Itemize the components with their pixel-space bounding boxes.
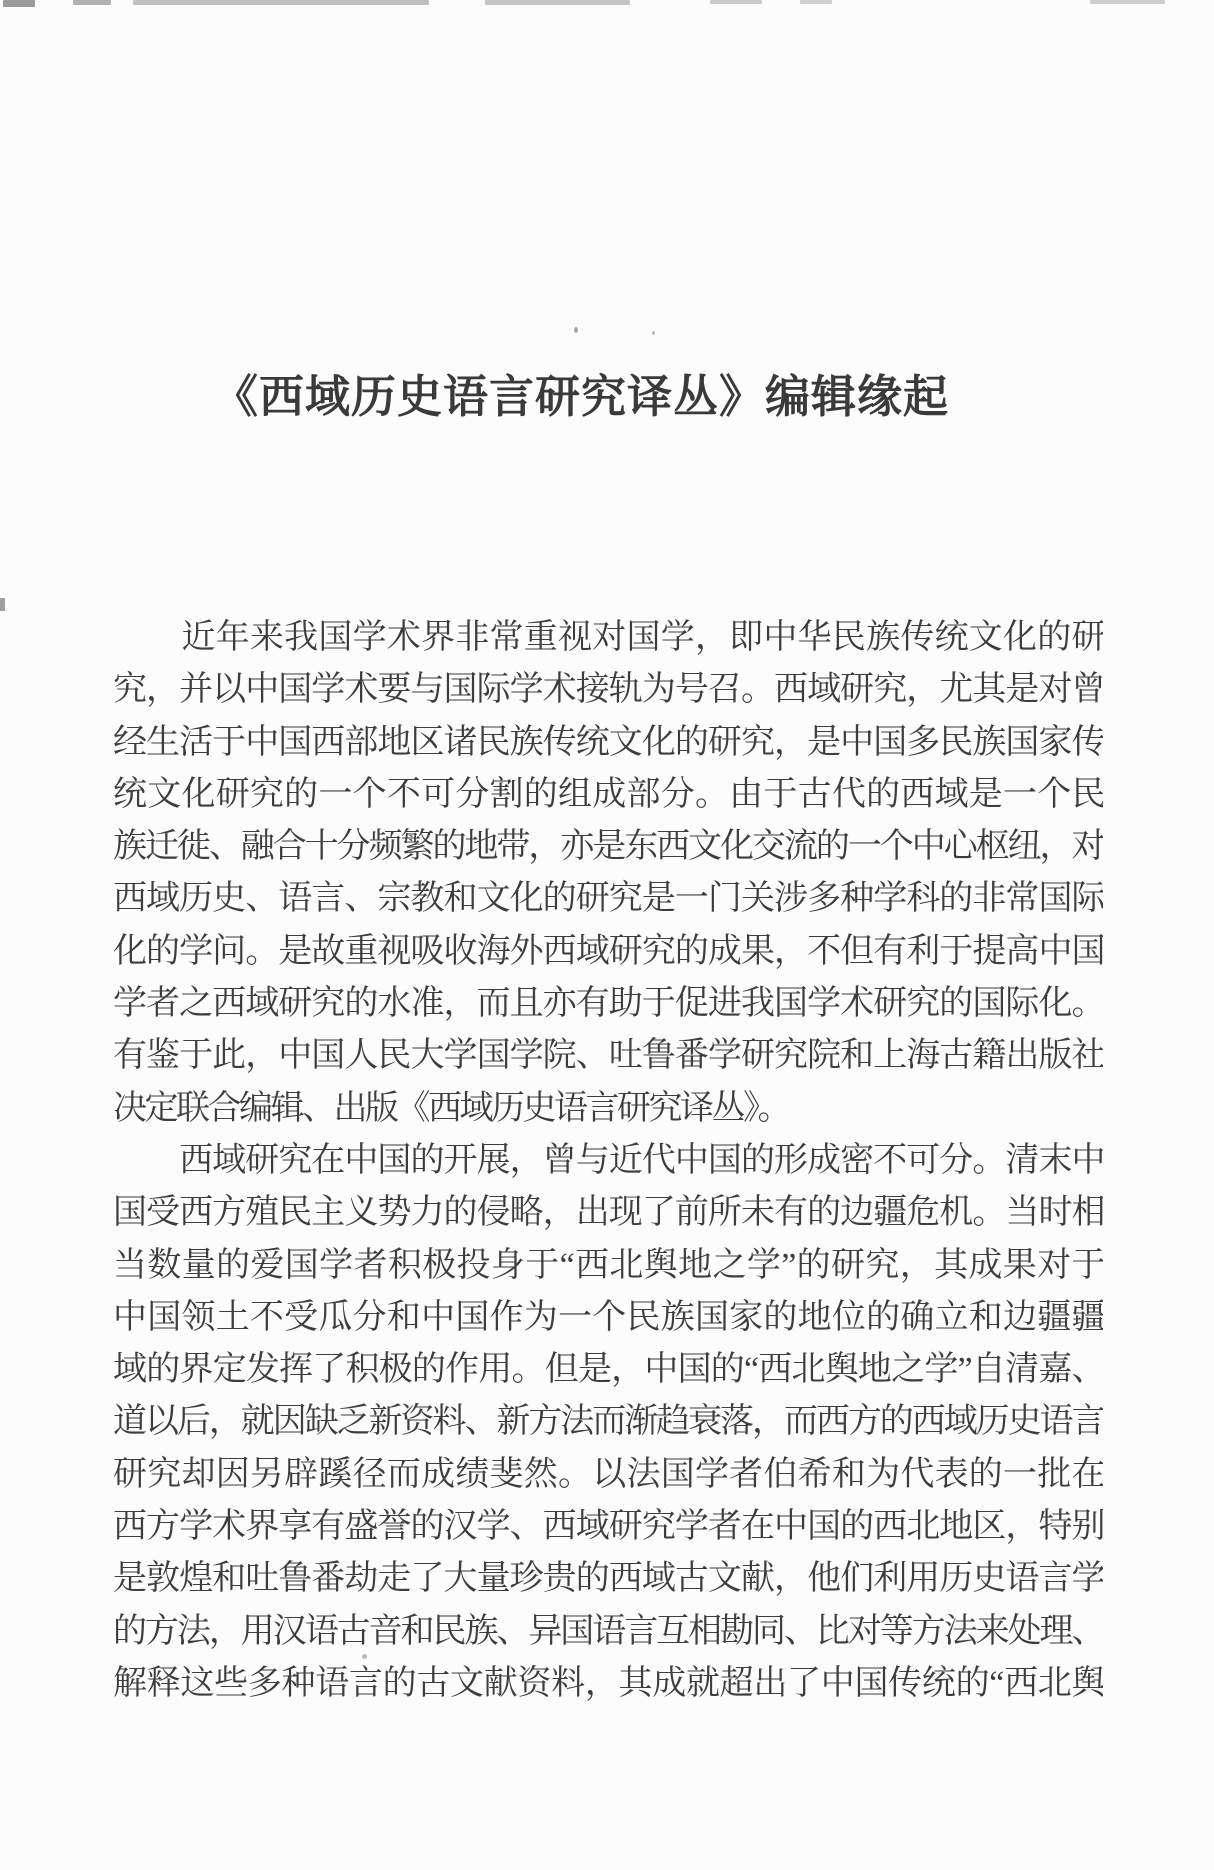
text-line: 西域研究在中国的开展，曾与近代中国的形成密不可分。清末中 bbox=[113, 1135, 1103, 1187]
text-line: 学者之西域研究的水准，而且亦有助于促进我国学术研究的国际化。 bbox=[113, 978, 1103, 1030]
text-line: 域的界定发挥了积极的作用。但是，中国的“西北舆地之学”自清嘉、 bbox=[113, 1344, 1103, 1396]
scan-speck bbox=[574, 327, 578, 333]
body-text: 近年来我国学术界非常重视对国学，即中华民族传统文化的研 究，并以中国学术要与国际… bbox=[113, 612, 1103, 1710]
text-line: 族迁徙、融合十分频繁的地带，亦是东西文化交流的一个中心枢纽，对 bbox=[113, 821, 1103, 873]
scan-edge-artifact bbox=[3, 0, 35, 7]
text-line: 决定联合编辑、出版《西域历史语言研究译丛》。 bbox=[113, 1083, 1103, 1135]
text-line: 化的学问。是故重视吸收海外西域研究的成果，不但有利于提高中国 bbox=[113, 926, 1103, 978]
scan-edge-artifact bbox=[800, 0, 832, 4]
scan-edge-artifact bbox=[1090, 0, 1165, 4]
text-line: 有鉴于此，中国人民大学国学院、吐鲁番学研究院和上海古籍出版社 bbox=[113, 1030, 1103, 1082]
text-line: 道以后，就因缺乏新资料、新方法而渐趋衰落，而西方的西域历史语言 bbox=[113, 1396, 1103, 1448]
text-line: 当数量的爱国学者积极投身于“西北舆地之学”的研究，其成果对于 bbox=[113, 1240, 1103, 1292]
text-line: 统文化研究的一个不可分割的组成部分。由于古代的西域是一个民 bbox=[113, 769, 1103, 821]
text-line: 的方法，用汉语古音和民族、异国语言互相勘同、比对等方法来处理、 bbox=[113, 1606, 1103, 1658]
scan-speck bbox=[0, 598, 5, 611]
text-line: 西域历史、语言、宗教和文化的研究是一门关涉多种学科的非常国际 bbox=[113, 873, 1103, 925]
text-line: 西方学术界享有盛誉的汉学、西域研究学者在中国的西北地区，特别 bbox=[113, 1501, 1103, 1553]
text-line: 是敦煌和吐鲁番劫走了大量珍贵的西域古文献，他们利用历史语言学 bbox=[113, 1553, 1103, 1605]
scan-edge-artifact bbox=[73, 0, 111, 5]
text-line: 中国领土不受瓜分和中国作为一个民族国家的地位的确立和边疆疆 bbox=[113, 1292, 1103, 1344]
scan-edge-artifact bbox=[133, 0, 429, 5]
scan-speck bbox=[652, 331, 655, 335]
text-line: 解释这些多种语言的古文献资料，其成就超出了中国传统的“西北舆 bbox=[113, 1658, 1103, 1710]
text-line: 经生活于中国西部地区诸民族传统文化的研究，是中国多民族国家传 bbox=[113, 717, 1103, 769]
text-line: 近年来我国学术界非常重视对国学，即中华民族传统文化的研 bbox=[113, 612, 1103, 664]
scanned-book-page: 《西域历史语言研究译丛》编辑缘起 近年来我国学术界非常重视对国学，即中华民族传统… bbox=[0, 0, 1214, 1870]
text-line: 究，并以中国学术要与国际学术接轨为号召。西域研究，尤其是对曾 bbox=[113, 664, 1103, 716]
scan-edge-artifact bbox=[485, 0, 630, 5]
text-line: 国受西方殖民主义势力的侵略，出现了前所未有的边疆危机。当时相 bbox=[113, 1187, 1103, 1239]
text-line: 研究却因另辟蹊径而成绩斐然。以法国学者伯希和为代表的一批在 bbox=[113, 1449, 1103, 1501]
scan-edge-artifact bbox=[710, 0, 762, 4]
page-title: 《西域历史语言研究译丛》编辑缘起 bbox=[31, 360, 1131, 425]
